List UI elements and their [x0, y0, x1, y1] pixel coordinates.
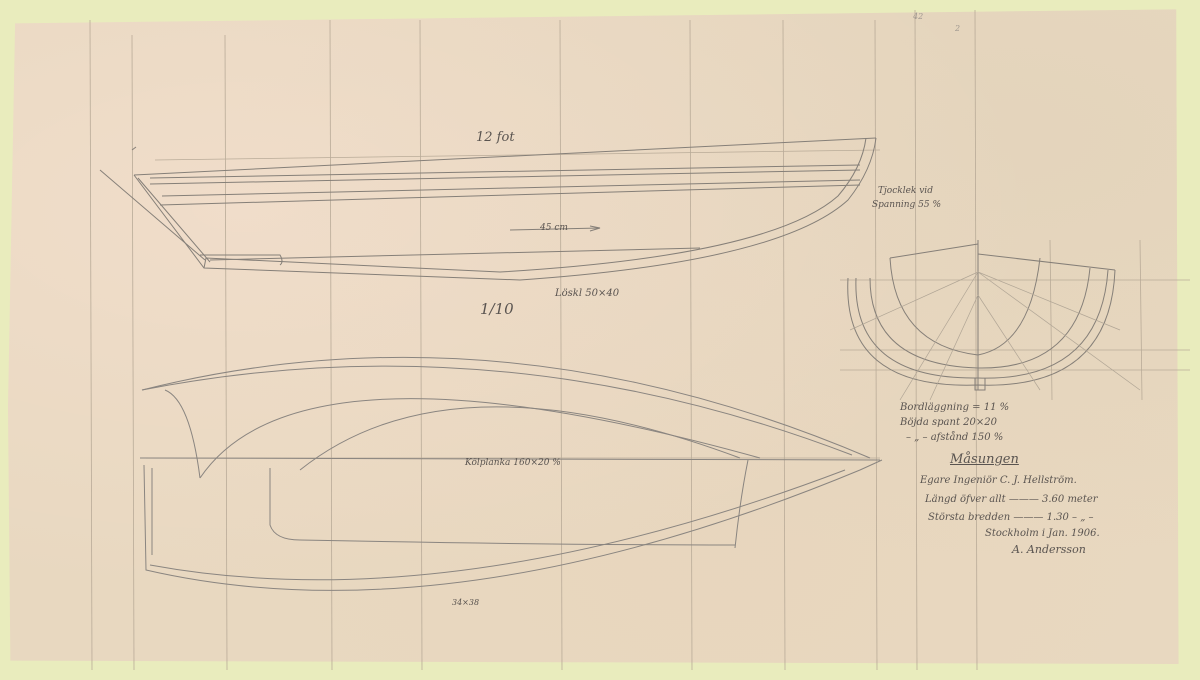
scale-label: 1/10 [480, 300, 514, 318]
legend-owner: Egare Ingeniör C. J. Hellström. [920, 475, 1077, 486]
sheer-note-line1: Tjocklek vid [878, 186, 933, 196]
frame-spacing-label: 45 cm [540, 223, 568, 233]
legend-plank-thickness: Bordläggning = 11 % [900, 402, 1009, 413]
sheer-note-line2: Spanning 55 % [872, 200, 941, 210]
keel-dimension-label: Löskl 50×40 [555, 288, 619, 299]
boat-drawing [0, 0, 1200, 680]
grid-lines [90, 10, 1190, 670]
boat-name-title: Måsungen [950, 452, 1019, 467]
page-mark-1: 42 [913, 12, 923, 21]
legend-frame-distance: – „ – afstånd 150 % [906, 432, 1003, 443]
keel-plank-label: Kölplanka 160×20 % [465, 458, 561, 468]
legend-bent-frames: Böjda spant 20×20 [900, 417, 997, 428]
length-label: 12 fot [476, 130, 515, 145]
legend-length-overall: Längd öfver allt ——— 3.60 meter [925, 494, 1098, 505]
body-plan-view [848, 240, 1140, 400]
legend-place-date: Stockholm i Jan. 1906. [985, 528, 1100, 539]
legend-max-beam: Största bredden ——— 1.30 – „ – [928, 512, 1094, 523]
signature: A. Andersson [1012, 543, 1086, 556]
page-mark-2: 2 [955, 24, 960, 33]
bottom-dimension-label: 34×38 [452, 598, 479, 607]
half-breadth-view [140, 357, 882, 590]
